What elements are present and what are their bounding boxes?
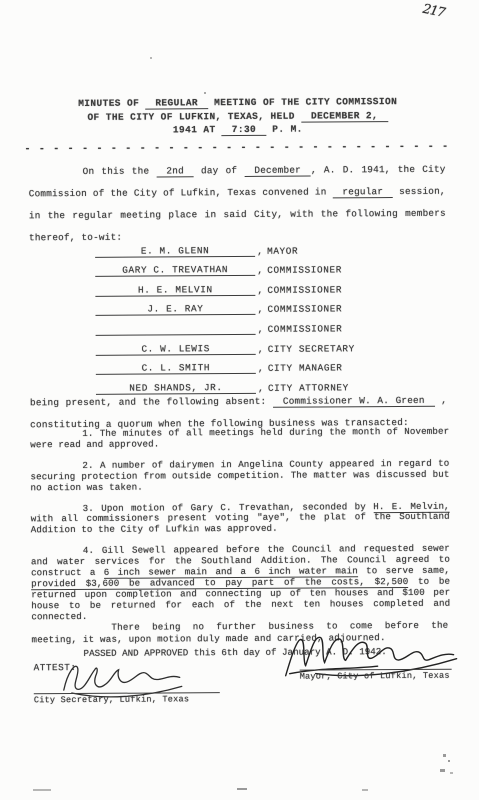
scan-artifact	[443, 754, 446, 757]
roster-row-city-secretary: C. W. LEWIS,CITY SECRETARY	[96, 334, 436, 356]
title-line3-blank: 7:30	[222, 124, 266, 136]
title-line2-pre: OF THE CITY OF LUFKIN, TEXAS, HELD	[87, 110, 295, 122]
member-title: CITY MANAGER	[268, 363, 343, 374]
handwritten-page-number: 217	[422, 2, 446, 21]
member-name: GARY C. TREVATHAN	[95, 264, 255, 277]
comma: ,	[255, 245, 265, 256]
comma: ,	[256, 363, 266, 374]
comma: ,	[256, 324, 266, 335]
dashed-divider: - - - - - - - - - - - - - - - - - - - - …	[24, 142, 448, 156]
text-segment: Commissioner W. A. Green	[273, 395, 435, 408]
document-title: MINUTES OF REGULAR MEETING OF THE CITY C…	[0, 95, 477, 138]
title-line3-post: P. M.	[272, 124, 303, 135]
scan-artifact	[33, 789, 51, 791]
title-line2-blank: DECEMBER 2,	[301, 110, 388, 123]
business-item-1: 1. The minutes of all meetings held duri…	[30, 427, 449, 451]
title-line1-post: MEETING OF THE CITY COMMISSION	[214, 96, 397, 108]
business-items: 1. The minutes of all meetings held duri…	[30, 427, 450, 633]
comma: ,	[255, 265, 265, 276]
text-segment: regular	[332, 186, 393, 198]
business-item-3: 3. Upon motion of Gary C. Trevathan, sec…	[31, 501, 450, 536]
title-line1-blank: REGULAR	[145, 97, 208, 109]
comma: ,	[255, 304, 265, 315]
member-title: COMMISSIONER	[267, 304, 342, 315]
text-segment: December	[244, 165, 311, 177]
scan-artifact	[150, 57, 152, 59]
member-name: C. L. SMITH	[96, 362, 256, 375]
roster-row-commissioner-1: GARY C. TREVATHAN,COMMISSIONER	[95, 255, 435, 277]
scan-artifact	[450, 772, 453, 774]
roster-row-commissioner-2: H. E. MELVIN,COMMISSIONER	[95, 275, 435, 297]
mayor-caption: Mayor, City of Lufkin, Texas	[300, 669, 452, 682]
scan-artifact	[204, 92, 206, 94]
text-segment: with all commissioners present voting "a…	[31, 511, 450, 535]
member-name: E. M. GLENN	[95, 244, 255, 257]
title-line-3: 1941 AT 7:30 P. M.	[0, 122, 477, 138]
roster-row-commissioner-3: J. E. RAY,COMMISSIONER	[95, 295, 435, 317]
member-title: COMMISSIONER	[267, 284, 342, 295]
title-line3-pre: 1941 AT	[173, 124, 216, 135]
scan-artifact	[440, 769, 445, 772]
comma: ,	[255, 285, 265, 296]
secretary-caption: City Secretary, Lufkin, Texas	[34, 692, 220, 705]
scan-artifact	[448, 760, 450, 762]
members-roster: E. M. GLENN,MAYOR GARY C. TREVATHAN,COMM…	[95, 236, 436, 395]
scan-artifact	[362, 789, 368, 791]
roster-row-city-manager: C. L. SMITH,CITY MANAGER	[96, 353, 436, 375]
scan-artifact	[237, 788, 247, 790]
text-segment: On this the	[83, 166, 157, 177]
member-title: COMMISSIONER	[268, 323, 343, 334]
member-title: MAYOR	[267, 245, 298, 256]
text-segment: 2nd	[156, 165, 194, 177]
title-line1-pre: MINUTES OF	[78, 98, 139, 109]
member-name: C. W. LEWIS	[96, 342, 256, 355]
business-item-4: 4. Gill Sewell appeared before the Counc…	[31, 544, 450, 623]
document-content: 217 MINUTES OF REGULAR MEETING OF THE CI…	[0, 0, 479, 800]
roster-row-mayor: E. M. GLENN,MAYOR	[95, 236, 435, 258]
member-name: H. E. MELVIN	[95, 284, 255, 297]
text-segment: day of	[194, 165, 245, 176]
text-segment: 2. A number of dairymen in Angelina Coun…	[30, 458, 449, 493]
scanned-minutes-page: 217 MINUTES OF REGULAR MEETING OF THE CI…	[0, 0, 479, 800]
text-segment: to serve same,	[358, 565, 450, 577]
member-title: CITY SECRETARY	[268, 343, 355, 355]
member-name: J. E. RAY	[95, 303, 255, 316]
business-item-2: 2. A number of dairymen in Angelina Coun…	[30, 459, 449, 494]
text-segment: 1. The minutes of all meetings held duri…	[30, 426, 449, 450]
comma: ,	[256, 343, 266, 354]
member-title: COMMISSIONER	[267, 265, 342, 276]
roster-row-commissioner-4: ,COMMISSIONER	[95, 314, 435, 336]
text-segment: being present, and the following absent:	[30, 396, 273, 408]
